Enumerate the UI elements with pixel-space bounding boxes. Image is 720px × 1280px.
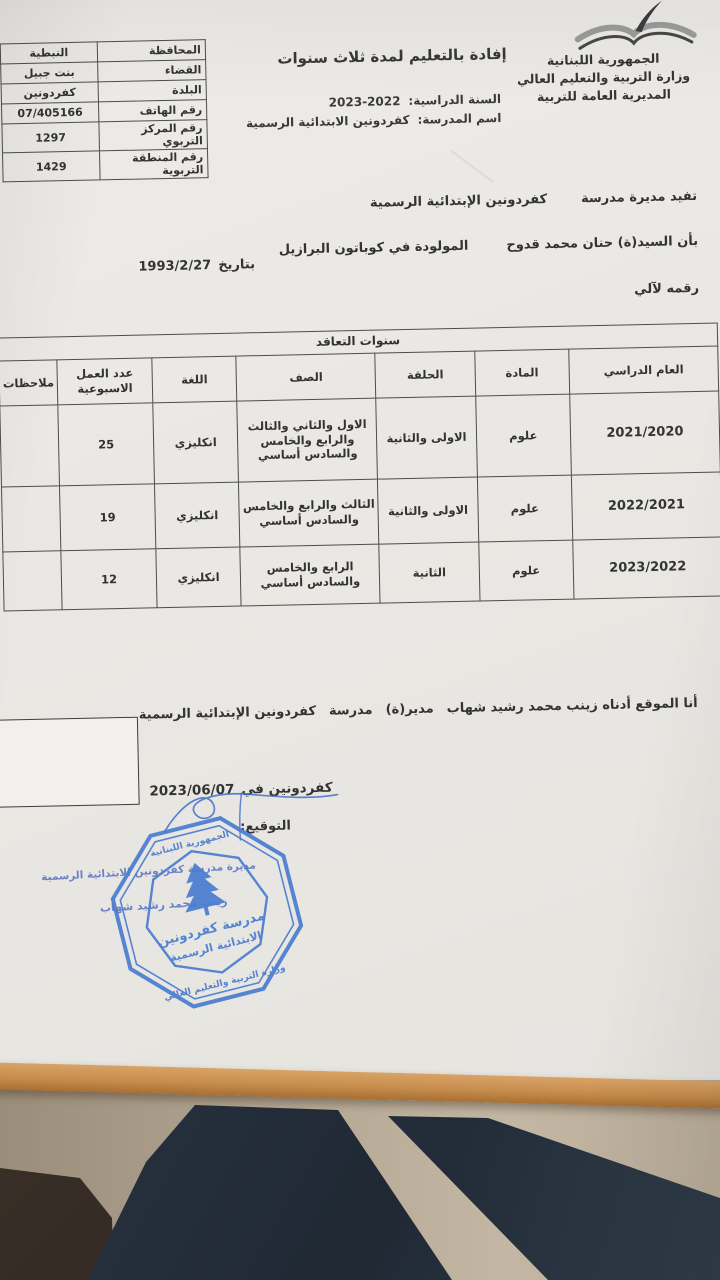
school-year-label: السنة الدراسية: — [408, 90, 501, 111]
info-label: القضاء — [97, 60, 206, 82]
birthdate-value: 1993/2/27 — [138, 258, 211, 275]
cedar-icon — [174, 858, 228, 921]
school-name-value: كفردونين الابتدائية الرسمية — [246, 110, 410, 132]
cell-hours: 19 — [60, 484, 156, 551]
cell-year: 2021/2020 — [570, 391, 720, 475]
info-value: كفردونين — [1, 82, 98, 104]
col-header-year: العام الدراسي — [569, 346, 719, 394]
school-name-label: اسم المدرسة: — [417, 109, 501, 129]
certify-line: تفيد مديرة مدرسة كفردونين الإبتدائية الر… — [370, 189, 697, 211]
cell-notes — [3, 551, 63, 611]
cell-grades: الرابع والخامس والسادس أساسي — [240, 544, 380, 606]
auto-number-line: رقمه لآلي — [634, 281, 699, 297]
cell-year: 2022/2021 — [571, 472, 720, 540]
info-table: المحافظة النبطية القضاء بنت جبيل البلدة … — [0, 39, 209, 182]
info-label: البلدة — [98, 80, 207, 102]
declaration-school-name: كفردونين الإبتدائية الرسمية — [139, 704, 316, 723]
paper-crease — [451, 150, 494, 183]
info-value: النبطية — [0, 42, 97, 64]
certify-school: كفردونين الإبتدائية الرسمية — [370, 192, 547, 211]
auto-number: رقمه لآلي — [634, 281, 699, 297]
table-row: 2021/2020 علوم الاولى والثانية الاول وال… — [0, 391, 720, 487]
info-label: رقم المركز التربوي — [99, 120, 208, 151]
cell-cycle: الاولى والثانية — [378, 477, 479, 544]
col-header-hours: عدد العمل الاسبوعية — [57, 358, 152, 405]
info-value: 1297 — [2, 122, 99, 153]
info-value: 1429 — [3, 151, 100, 182]
cell-hours: 25 — [58, 403, 154, 486]
certify-prefix: تفيد مديرة مدرسة — [581, 189, 697, 206]
school-year-value: 2023-2022 — [329, 92, 401, 112]
info-label: رقم الهاتف — [98, 100, 207, 122]
birthdate-line: بتاريخ 1993/2/27 — [138, 257, 255, 274]
cell-hours: 12 — [61, 549, 157, 610]
cell-subject: علوم — [475, 394, 571, 477]
contract-years-table: سنوات التعاقد العام الدراسي المادة الحلق… — [0, 322, 720, 611]
person-name: بأن السيد(ة) حنان محمد قدوح — [506, 234, 698, 253]
declaration-signer: أنا الموقع أدناه زينب محمد رشيد شهاب — [447, 696, 698, 716]
empty-stamp-box — [0, 717, 140, 808]
info-label: رقم المنطقة التربوية — [99, 149, 208, 180]
col-header-grade: الصف — [236, 353, 376, 401]
cell-cycle: الاولى والثانية — [376, 396, 477, 479]
document-content: الجمهورية اللبنانية وزارة التربية والتعل… — [0, 0, 720, 1095]
birthplace: المولودة في كوباتون البرازيل — [279, 239, 469, 258]
cell-year: 2023/2022 — [573, 537, 720, 599]
info-value: بنت جبيل — [1, 62, 98, 84]
cell-language: انكليزي — [153, 401, 239, 484]
cell-language: انكليزي — [156, 547, 242, 608]
cell-subject: علوم — [477, 475, 573, 542]
declaration-line: أنا الموقع أدناه زينب محمد رشيد شهاب مدي… — [139, 696, 698, 723]
cell-notes — [0, 405, 60, 487]
info-value: 07/405166 — [1, 102, 98, 124]
col-header-language: اللغة — [152, 356, 237, 403]
cell-subject: علوم — [478, 540, 573, 601]
col-header-notes: ملاحظات — [0, 360, 58, 406]
birthdate-label: بتاريخ — [218, 257, 255, 273]
cell-grades: الاول والثاني والثالث والرابع والخامس وا… — [237, 398, 378, 482]
col-header-cycle: الحلقة — [375, 351, 475, 398]
cell-notes — [2, 486, 62, 552]
info-row: رقم المركز التربوي 1297 — [2, 120, 208, 153]
cell-cycle: الثانية — [379, 542, 480, 603]
declaration-role: مدير(ة) — [385, 702, 433, 718]
school-year-block: السنة الدراسية: 2023-2022 اسم المدرسة: ك… — [233, 90, 502, 133]
info-label: المحافظة — [97, 40, 206, 62]
photo-of-document: الجمهورية اللبنانية وزارة التربية والتعل… — [0, 0, 720, 1280]
cell-language: انكليزي — [154, 482, 240, 549]
cell-grades: الثالث والرابع والخامس والسادس أساسي — [239, 479, 379, 547]
info-row: رقم المنطقة التربوية 1429 — [3, 149, 209, 182]
declaration-school-word: مدرسة — [329, 703, 373, 719]
col-header-subject: المادة — [474, 349, 569, 396]
person-line: بأن السيد(ة) حنان محمد قدوح المولودة في … — [279, 234, 698, 258]
